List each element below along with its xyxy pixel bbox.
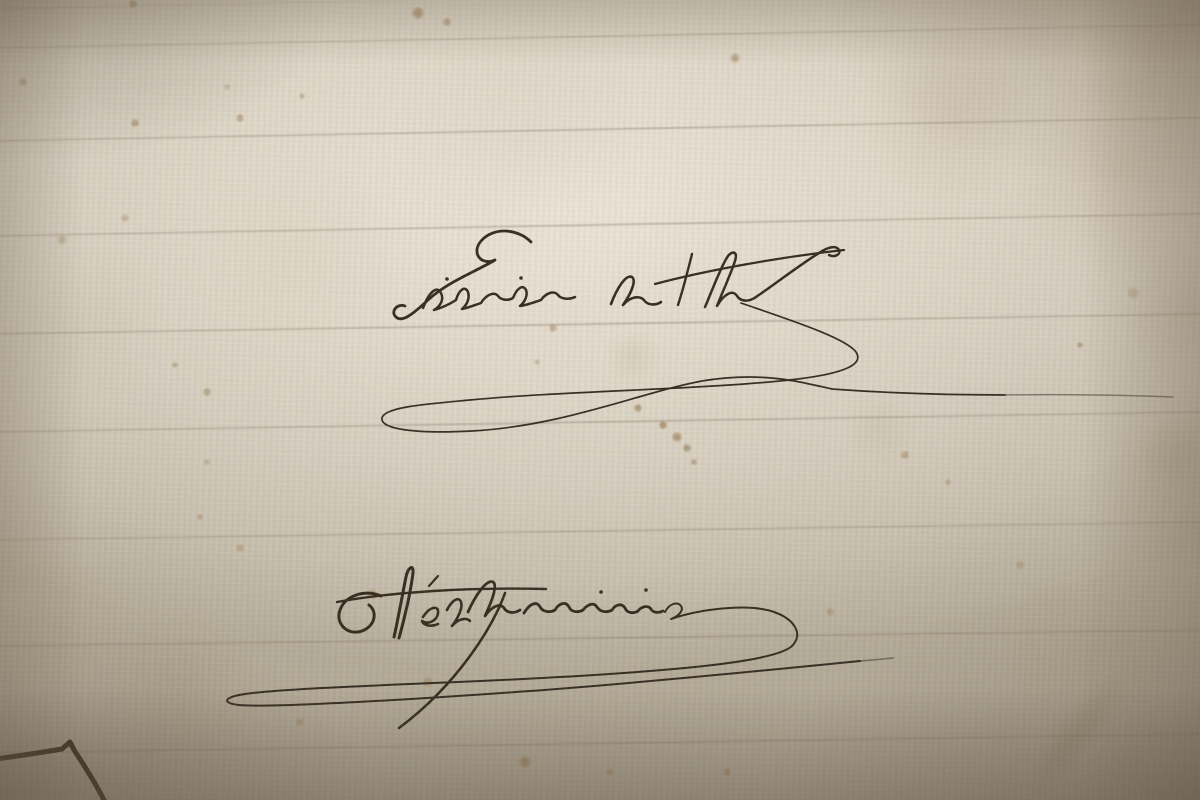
vignette-layer: [0, 0, 1200, 800]
manuscript-photo: Elisabeth Stéphanie: [0, 0, 1200, 800]
